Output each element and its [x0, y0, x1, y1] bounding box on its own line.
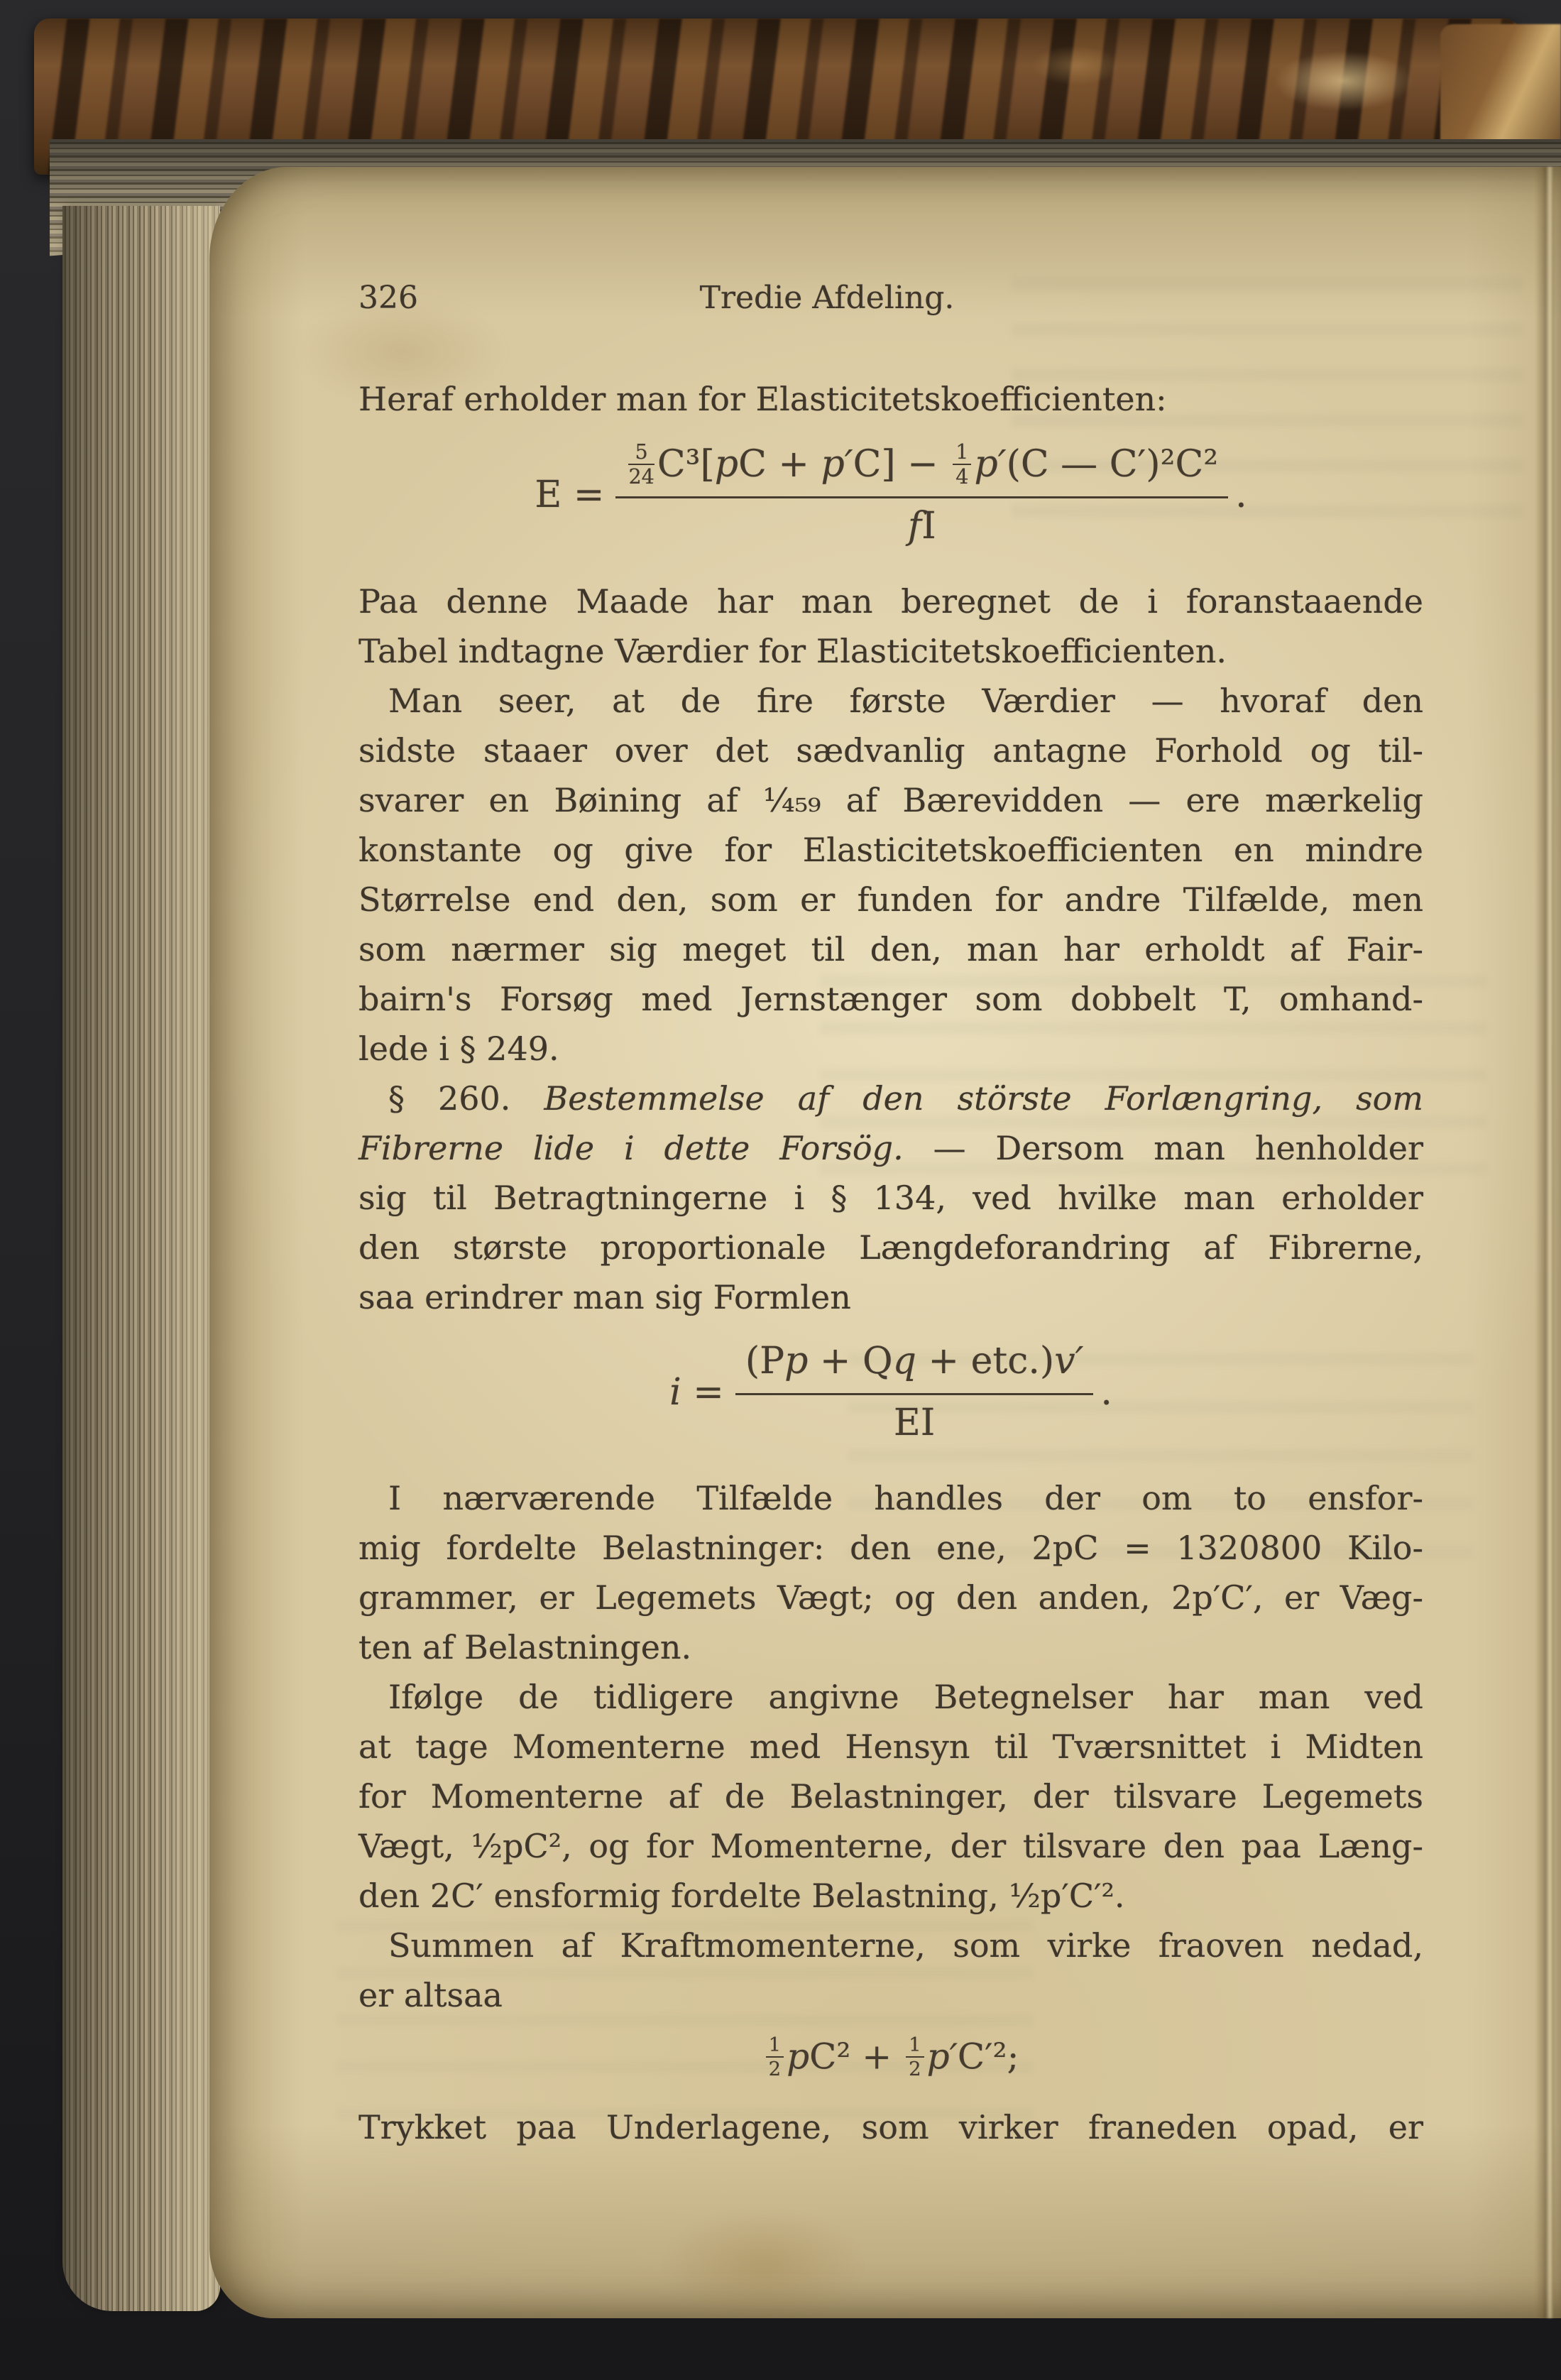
text-line: Størrelse end den, som er funden for and… [358, 875, 1423, 924]
paragraph: Ifølge de tidligere angivne Betegnelser … [358, 1672, 1423, 1921]
paragraph: Man seer, at de fire første Værdier — hv… [358, 676, 1423, 1074]
text-line: Tabel indtagne Værdier for Elasticitetsk… [358, 626, 1423, 676]
formula-numerator: (Pp + Qq + etc.)v′ [735, 1341, 1094, 1395]
stacked-fraction: 12 [766, 2036, 784, 2078]
stacked-fraction: 14 [953, 442, 971, 486]
text-line: er altsaa [358, 1970, 1423, 2020]
formula-lhs: E = [535, 474, 604, 517]
text-line: Fibrerne lide i dette Forsög. — Dersom m… [358, 1123, 1423, 1173]
formula-elasticity: E = 524C³[pC + p′C] − 14p′(C — C′)²C² fI… [358, 442, 1423, 548]
book-left-marbled-cover [10, 62, 65, 2349]
book-left-page-edges [62, 206, 220, 2311]
page-stain [664, 2212, 862, 2318]
text-line: Vægt, ½pC², og for Momenterne, der tilsv… [358, 1821, 1423, 1871]
text-line: svarer en Bøining af ¹⁄₄₅₉ af Bærevidden… [358, 775, 1423, 825]
page-content: 326 Tredie Afdeling. Heraf erholder man … [358, 273, 1423, 2152]
running-header: Tredie Afdeling. [700, 273, 955, 323]
paragraph: Paa denne Maade har man beregnet de i fo… [358, 577, 1423, 676]
formula-lhs: i = [669, 1372, 724, 1414]
text-line: Paa denne Maade har man beregnet de i fo… [358, 577, 1423, 626]
text-line: at tage Momenterne med Hensyn til Tværsn… [358, 1722, 1423, 1772]
text-line: for Momenterne af de Belastninger, der t… [358, 1772, 1423, 1821]
text-line: bairn's Forsøg med Jernstænger som dobbe… [358, 974, 1423, 1024]
formula-period: . [1235, 474, 1247, 517]
formula-fraction: 524C³[pC + p′C] − 14p′(C — C′)²C² fI [615, 442, 1228, 548]
text-line: den 2C′ ensformig fordelte Belastning, ½… [358, 1871, 1423, 1921]
text-line: konstante og give for Elasticitetskoeffi… [358, 825, 1423, 875]
paragraph: I nærværende Tilfælde handles der om to … [358, 1473, 1423, 1672]
page-header: 326 Tredie Afdeling. [358, 273, 1423, 323]
page-number: 326 [358, 273, 418, 323]
text-line: sig til Betragtningerne i § 134, ved hvi… [358, 1173, 1423, 1223]
text-line: grammer, er Legemets Vægt; og den anden,… [358, 1573, 1423, 1622]
stacked-fraction: 524 [628, 442, 654, 486]
book-page: 326 Tredie Afdeling. Heraf erholder man … [209, 167, 1561, 2318]
formula-period: . [1100, 1372, 1112, 1414]
scanned-book-photo: 326 Tredie Afdeling. Heraf erholder man … [0, 0, 1561, 2380]
formula-elongation: i = (Pp + Qq + etc.)v′ EI . [358, 1341, 1423, 1445]
formula-moments-sum: 12pC² + 12p′C′²; [358, 2036, 1423, 2078]
paragraph-section-260: § 260. Bestemmelse af den störste Forlæn… [358, 1074, 1423, 1322]
formula-denominator: EI [735, 1395, 1094, 1445]
text-line: ten af Belastningen. [358, 1622, 1423, 1672]
text-line: lede i § 249. [358, 1024, 1423, 1074]
text-line: § 260. Bestemmelse af den störste Forlæn… [358, 1074, 1423, 1123]
text-line: den største proportionale Længdeforandri… [358, 1223, 1423, 1272]
page-right-crease [1535, 167, 1554, 2318]
text-line: saa erindrer man sig Formlen [358, 1272, 1423, 1322]
formula-denominator: fI [615, 498, 1228, 548]
text-line: som nærmer sig meget til den, man har er… [358, 924, 1423, 974]
formula-fraction: (Pp + Qq + etc.)v′ EI [735, 1341, 1094, 1445]
paragraph: Summen af Kraftmomenterne, som virke fra… [358, 1921, 1423, 2020]
formula-numerator: 524C³[pC + p′C] − 14p′(C — C′)²C² [615, 442, 1228, 498]
text-line: Summen af Kraftmomenterne, som virke fra… [358, 1921, 1423, 1970]
intro-line: Heraf erholder man for Elasticitetskoeff… [358, 374, 1423, 424]
text-line: mig fordelte Belastninger: den ene, 2pC … [358, 1523, 1423, 1573]
formula-expression: 12pC² + 12p′C′²; [763, 2036, 1019, 2078]
text-line: I nærværende Tilfælde handles der om to … [358, 1473, 1423, 1523]
text-line: Man seer, at de fire første Værdier — hv… [358, 676, 1423, 726]
text-line: sidste staaer over det sædvanlig antagne… [358, 726, 1423, 775]
text-line: Ifølge de tidligere angivne Betegnelser … [358, 1672, 1423, 1722]
stacked-fraction: 12 [906, 2036, 924, 2078]
closing-line: Trykket paa Underlagene, som virker fran… [358, 2102, 1423, 2152]
